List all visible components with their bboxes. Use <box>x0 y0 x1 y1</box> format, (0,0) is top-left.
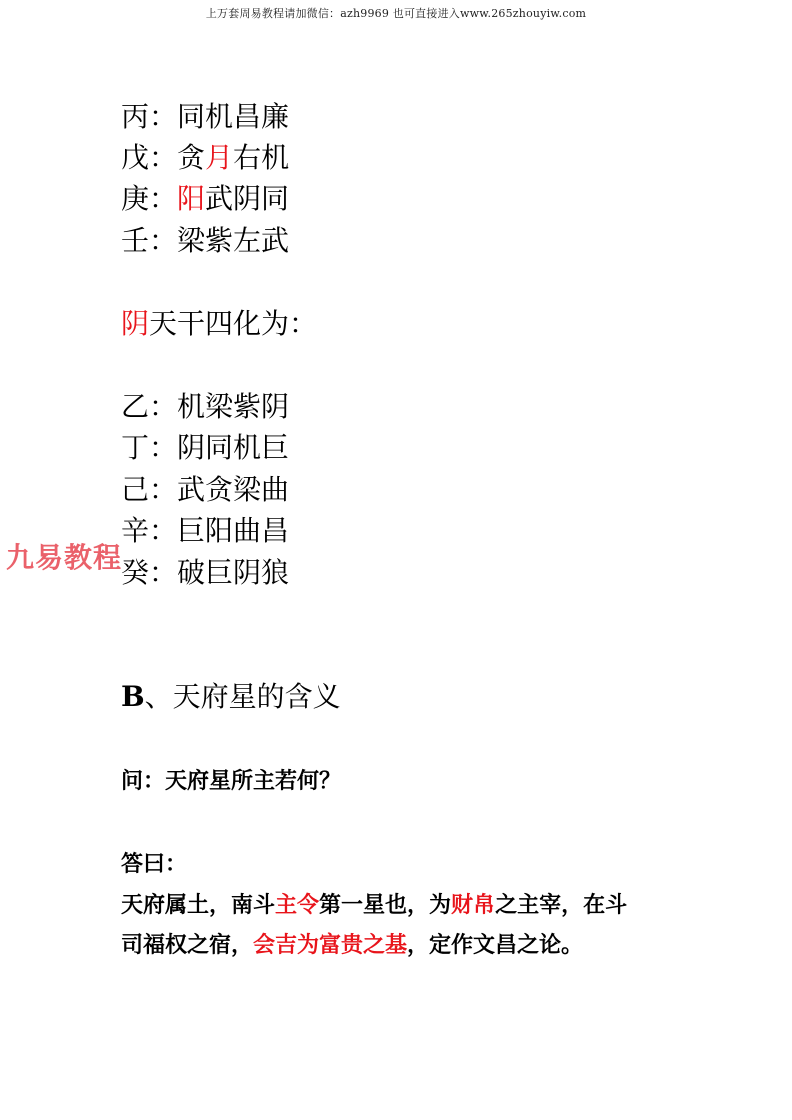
yin-row-ding: 丁：阴同机巨 <box>121 431 289 465</box>
watermark-logo: 九易教程 <box>6 540 122 576</box>
yin-row-xin: 辛：巨阳曲昌 <box>121 514 289 548</box>
stem: 辛 <box>121 514 149 547</box>
answer-label: 答曰： <box>121 851 187 879</box>
separator: ： <box>149 182 177 215</box>
transform-stars: 右机 <box>233 141 289 174</box>
answer-segment: 司福权之宿， <box>121 933 253 958</box>
answer-segment: ，定作文昌之论。 <box>407 933 583 958</box>
transform-stars: 同机昌廉 <box>177 100 289 133</box>
transform-stars: 贪 <box>177 141 205 174</box>
answer-segment: 天府属土，南斗 <box>121 893 275 918</box>
separator: ： <box>149 514 177 547</box>
answer-highlight: 会吉为富贵之基 <box>253 933 407 958</box>
yin-row-yi: 乙：机梁紫阴 <box>121 390 289 424</box>
transform-stars: 武贪梁曲 <box>177 473 289 506</box>
highlighted-star: 阳 <box>177 182 205 215</box>
stem: 戊 <box>121 141 149 174</box>
transform-stars: 梁紫左武 <box>177 224 289 257</box>
yang-row-geng: 庚：阳武阴同 <box>121 182 289 216</box>
yang-row-bing: 丙：同机昌廉 <box>121 100 289 134</box>
answer-segment: 之主宰，在斗 <box>495 893 627 918</box>
yin-row-ji: 己：武贪梁曲 <box>121 473 289 507</box>
stem: 丁 <box>121 431 149 464</box>
separator: ： <box>149 141 177 174</box>
transform-stars: 阴同机巨 <box>177 431 289 464</box>
yin-heading-highlight: 阴 <box>121 307 149 340</box>
section-title: B、天府星的含义 <box>121 680 341 714</box>
yang-row-wu: 戊：贪月右机 <box>121 141 289 175</box>
answer-line-2: 司福权之宿，会吉为富贵之基，定作文昌之论。 <box>121 932 583 960</box>
transform-stars: 机梁紫阴 <box>177 390 289 423</box>
question-text: 问：天府星所主若何？ <box>121 768 341 796</box>
separator: ： <box>149 473 177 506</box>
answer-line-1: 天府属土，南斗主令第一星也，为财帛之主宰，在斗 <box>121 892 627 920</box>
separator: ： <box>149 431 177 464</box>
header-banner: 上万套周易教程请加微信：azh9969 也可直接进入www.265zhouyiw… <box>0 5 792 21</box>
stem: 庚 <box>121 182 149 215</box>
stem: 己 <box>121 473 149 506</box>
section-letter: B <box>121 680 145 713</box>
stem: 癸 <box>121 556 149 589</box>
answer-highlight: 财帛 <box>451 893 495 918</box>
highlighted-star: 月 <box>205 141 233 174</box>
stem: 壬 <box>121 224 149 257</box>
yin-heading: 阴天干四化为： <box>121 307 317 341</box>
separator: ： <box>149 100 177 133</box>
transform-stars: 武阴同 <box>205 182 289 215</box>
answer-highlight: 主令 <box>275 893 319 918</box>
separator: ： <box>149 390 177 423</box>
separator: ： <box>149 224 177 257</box>
yang-row-ren: 壬：梁紫左武 <box>121 224 289 258</box>
transform-stars: 破巨阴狼 <box>177 556 289 589</box>
stem: 乙 <box>121 390 149 423</box>
answer-segment: 第一星也，为 <box>319 893 451 918</box>
transform-stars: 巨阳曲昌 <box>177 514 289 547</box>
yin-heading-text: 天干四化为： <box>149 307 317 340</box>
stem: 丙 <box>121 100 149 133</box>
separator: ： <box>149 556 177 589</box>
section-title-text: 、天府星的含义 <box>145 680 341 713</box>
yin-row-gui: 癸：破巨阴狼 <box>121 556 289 590</box>
